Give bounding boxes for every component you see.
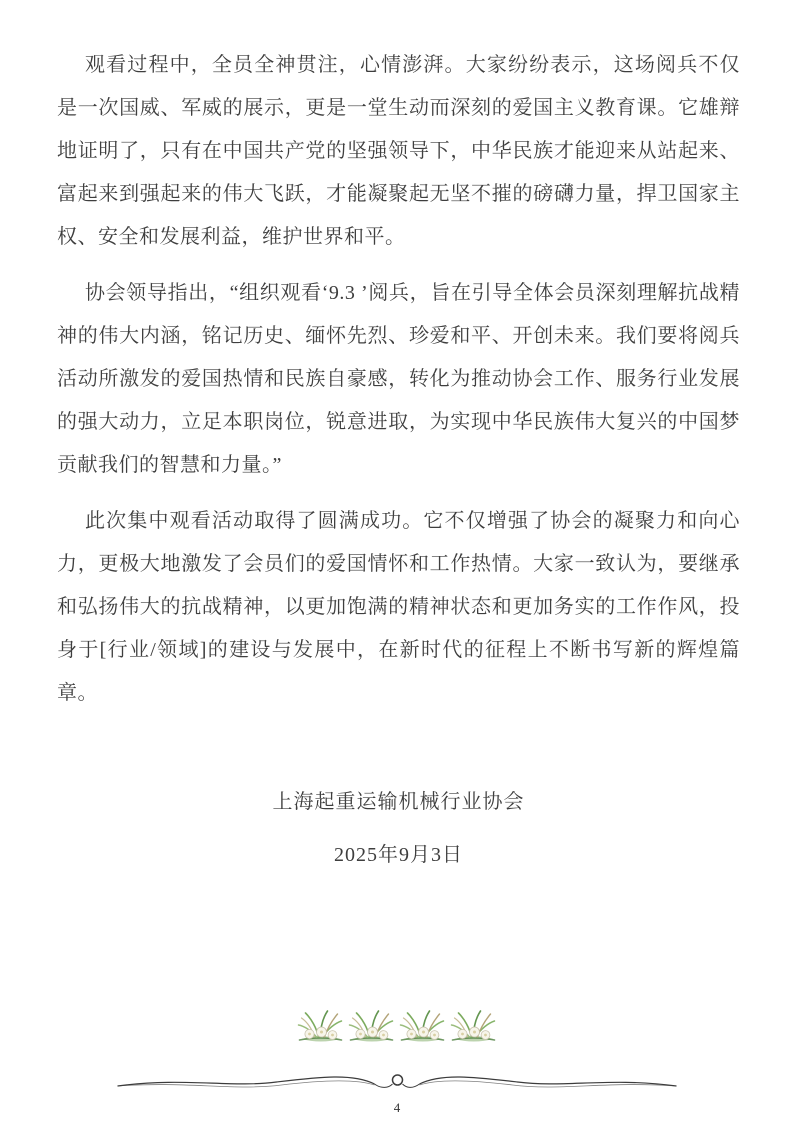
body-paragraph: 观看过程中，全员全神贯注，心情澎湃。大家纷纷表示，这场阅兵不仅是一次国威、军威的… — [57, 44, 740, 259]
body-paragraph: 协会领导指出，“组织观看‘9.3 ’阅兵，旨在引导全体会员深刻理解抗战精神的伟大… — [57, 272, 740, 487]
flower-ornament-row — [297, 1008, 498, 1051]
page-number: 4 — [0, 1099, 794, 1117]
date-line: 2025年9月3日 — [57, 834, 740, 877]
body-paragraph: 此次集中观看活动取得了圆满成功。它不仅增强了协会的凝聚力和向心力，更极大地激发了… — [57, 500, 740, 715]
signature-line: 上海起重运输机械行业协会 — [57, 781, 740, 824]
flower-tuft-icon — [399, 1008, 447, 1051]
document-page: 观看过程中，全员全神贯注，心情澎湃。大家纷纷表示，这场阅兵不仅是一次国威、军威的… — [0, 0, 794, 1135]
flower-tuft-icon — [348, 1008, 396, 1051]
divider-flourish-icon — [115, 1068, 680, 1101]
document-body: 观看过程中，全员全神贯注，心情澎湃。大家纷纷表示，这场阅兵不仅是一次国威、军威的… — [0, 0, 794, 877]
flower-tuft-icon — [297, 1008, 345, 1051]
flower-tuft-icon — [450, 1008, 498, 1051]
